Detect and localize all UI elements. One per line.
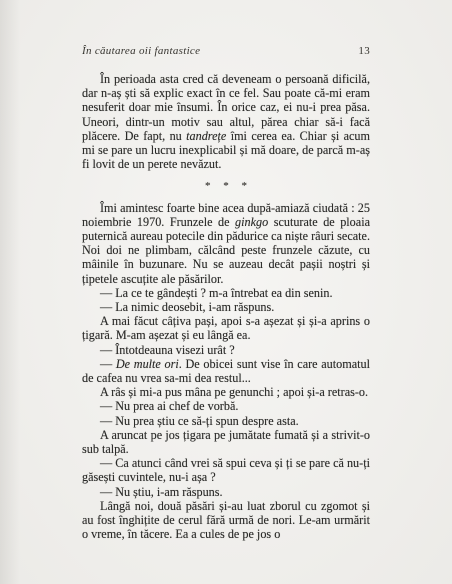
page-body: În perioada asta cred că deveneam o pers… [82,72,370,542]
text-run: — Nu prea ai chef de vorbă. [100,399,238,413]
text-run: A aruncat pe jos țigara pe jumătate fuma… [82,428,370,456]
dialogue-paragraph: — Nu știu, i-am răspuns. [82,485,370,499]
prose-paragraph: A râs și mi-a pus mâna pe genunchi ; apo… [82,385,370,399]
dialogue-paragraph: — La ce te gândești ? m-a întrebat ea di… [82,286,370,300]
prose-paragraph: Îmi amintesc foarte bine acea după-amiaz… [82,201,370,286]
text-run: — La nimic deosebit, i-am răspuns. [100,300,274,314]
dialogue-paragraph: — La nimic deosebit, i-am răspuns. [82,300,370,314]
dialogue-paragraph: — Ca atunci când vrei să spui ceva și ți… [82,456,370,484]
text-run: — La ce te gândești ? m-a întrebat ea di… [100,286,333,300]
running-title: În căutarea oii fantastice [82,45,200,57]
text-run: tandrețe [186,129,226,143]
text-run: A mai făcut câțiva pași, apoi s-a așezat… [82,314,370,342]
text-run: — [100,357,116,371]
page-header: În căutarea oii fantastice 13 [82,45,370,57]
text-run: De multe ori [116,357,179,371]
dialogue-paragraph: — Nu prea ai chef de vorbă. [82,399,370,413]
text-run: — Nu prea știu ce să-ți spun despre asta… [100,414,299,428]
prose-paragraph: În perioada asta cred că deveneam o pers… [82,72,370,171]
text-run: A râs și mi-a pus mâna pe genunchi ; apo… [100,385,368,399]
book-page-scan: { "colors": { "paper": "#f3f2ef", "ink":… [0,0,452,584]
dialogue-paragraph: — De multe ori. De obicei sunt vise în c… [82,357,370,385]
page-content: În căutarea oii fantastice 13 În perioad… [82,45,370,542]
prose-paragraph: Lângă noi, două păsări și-au luat zborul… [82,499,370,542]
text-run: — Nu știu, i-am răspuns. [100,485,223,499]
prose-paragraph: A aruncat pe jos țigara pe jumătate fuma… [82,428,370,456]
page-number: 13 [358,45,370,57]
text-run: — Ca atunci când vrei să spui ceva și ți… [82,456,370,484]
prose-paragraph: A mai făcut câțiva pași, apoi s-a așezat… [82,314,370,342]
text-run: Lângă noi, două păsări și-au luat zborul… [82,499,370,541]
text-run: — Întotdeauna visezi urât ? [100,343,235,357]
dialogue-paragraph: — Nu prea știu ce să-ți spun despre asta… [82,414,370,428]
dialogue-paragraph: — Întotdeauna visezi urât ? [82,343,370,357]
text-run: ginkgo [235,215,268,229]
section-break: * * * [82,179,370,193]
